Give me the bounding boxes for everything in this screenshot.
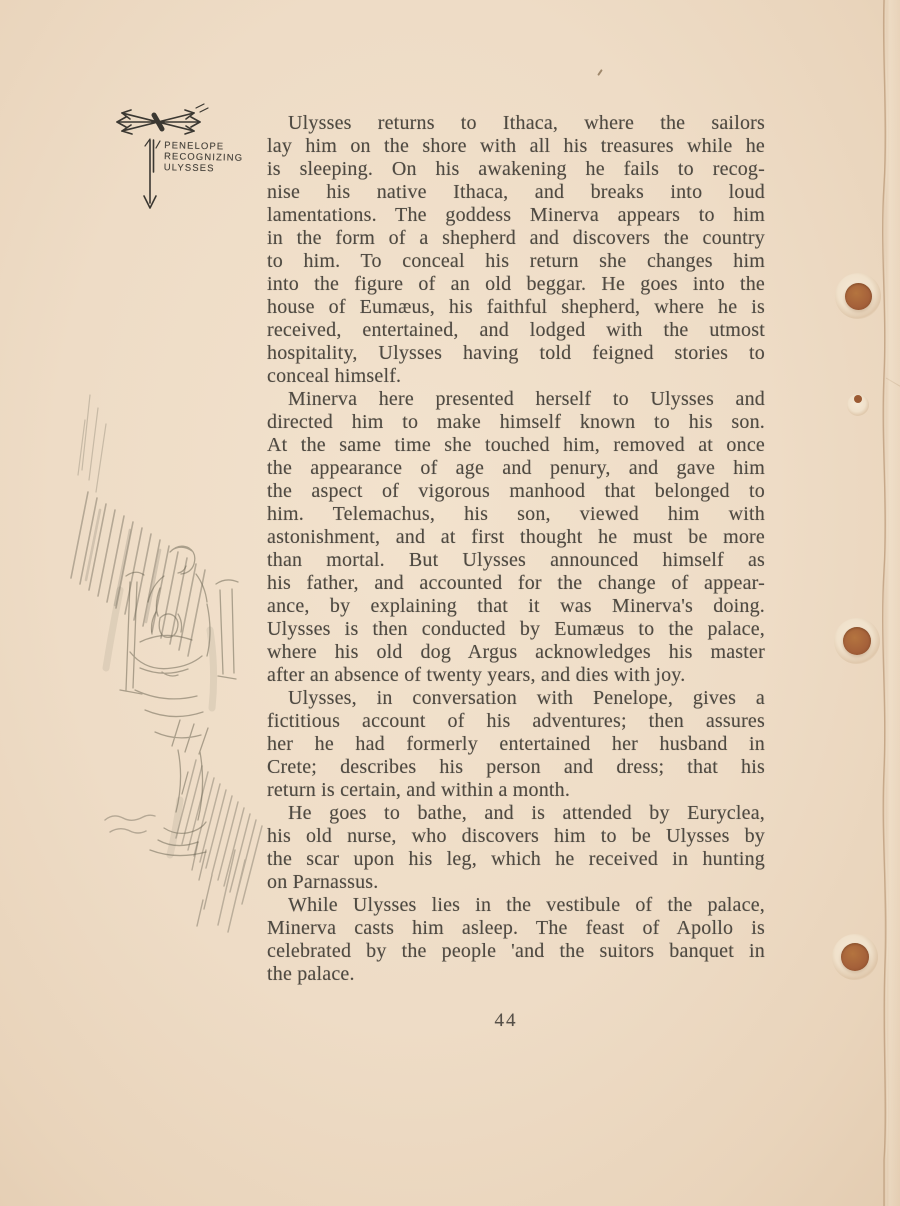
book-page-scan: PENELOPE RECOGNIZING ULYSSES xyxy=(0,0,900,1206)
illustration-sketch xyxy=(60,380,275,950)
text-line: ance, by explaining that it was Minerva'… xyxy=(267,595,765,618)
text-line: the aspect of vigorous manhood that belo… xyxy=(267,480,765,503)
text-line: Ulysses returns to Ithaca, where the sai… xyxy=(267,112,765,135)
text-line: nise his native Ithaca, and breaks into … xyxy=(267,181,765,204)
text-line: lamentations. The goddess Minerva appear… xyxy=(267,204,765,227)
text-line: While Ulysses lies in the vestibule of t… xyxy=(267,894,765,917)
text-line: conceal himself. xyxy=(267,365,765,388)
punch-hole xyxy=(845,283,872,310)
caption-line: ULYSSES xyxy=(164,162,243,175)
text-line: than mortal. But Ulysses announced himse… xyxy=(267,549,765,572)
text-line: At the same time she touched him, remove… xyxy=(267,434,765,457)
punch-hole xyxy=(843,627,871,655)
ink-speck xyxy=(597,69,603,76)
text-line: lay him on the shore with all his treasu… xyxy=(267,135,765,158)
text-line: house of Eumæus, his faithful shepherd, … xyxy=(267,296,765,319)
text-line: Minerva casts him asleep. The feast of A… xyxy=(267,917,765,940)
text-line: her he had formerly entertained her husb… xyxy=(267,733,765,756)
punch-hole xyxy=(841,943,869,971)
page-number: 44 xyxy=(267,1010,745,1032)
text-line: is sleeping. On his awakening he fails t… xyxy=(267,158,765,181)
text-line: after an absence of twenty years, and di… xyxy=(267,664,765,687)
text-line: Ulysses, in conversation with Penelope, … xyxy=(267,687,765,710)
illustration-caption: PENELOPE RECOGNIZING ULYSSES xyxy=(164,140,244,175)
text-line: the scar upon his leg, which he received… xyxy=(267,848,765,871)
text-line: hospitality, Ulysses having told feigned… xyxy=(267,342,765,365)
text-line: into the figure of an old beggar. He goe… xyxy=(267,273,765,296)
text-line: to him. To conceal his return she change… xyxy=(267,250,765,273)
text-line: where his old dog Argus acknowledges his… xyxy=(267,641,765,664)
text-line: fictitious account of his adventures; th… xyxy=(267,710,765,733)
text-line: Ulysses is then conducted by Eumæus to t… xyxy=(267,618,765,641)
text-line: directed him to make himself known to hi… xyxy=(267,411,765,434)
text-line: celebrated by the people 'and the suitor… xyxy=(267,940,765,963)
text-line: Minerva here presented herself to Ulysse… xyxy=(267,388,765,411)
text-line: him. Telemachus, his son, viewed him wit… xyxy=(267,503,765,526)
text-line: his old nurse, who discovers him to be U… xyxy=(267,825,765,848)
text-line: astonishment, and at first thought he mu… xyxy=(267,526,765,549)
text-line: return is certain, and within a month. xyxy=(267,779,765,802)
text-line: his father, and accounted for the change… xyxy=(267,572,765,595)
small-punch-mark xyxy=(854,395,862,403)
text-line: the palace. xyxy=(267,963,765,986)
text-line: the appearance of age and penury, and ga… xyxy=(267,457,765,480)
text-line: on Parnassus. xyxy=(267,871,765,894)
text-line: in the form of a shepherd and discovers … xyxy=(267,227,765,250)
text-line: He goes to bathe, and is attended by Eur… xyxy=(267,802,765,825)
body-text: Ulysses returns to Ithaca, where the sai… xyxy=(267,112,765,986)
text-line: Crete; describes his person and dress; t… xyxy=(267,756,765,779)
text-line: received, entertained, and lodged with t… xyxy=(267,319,765,342)
page-edge-strip xyxy=(884,0,900,1206)
